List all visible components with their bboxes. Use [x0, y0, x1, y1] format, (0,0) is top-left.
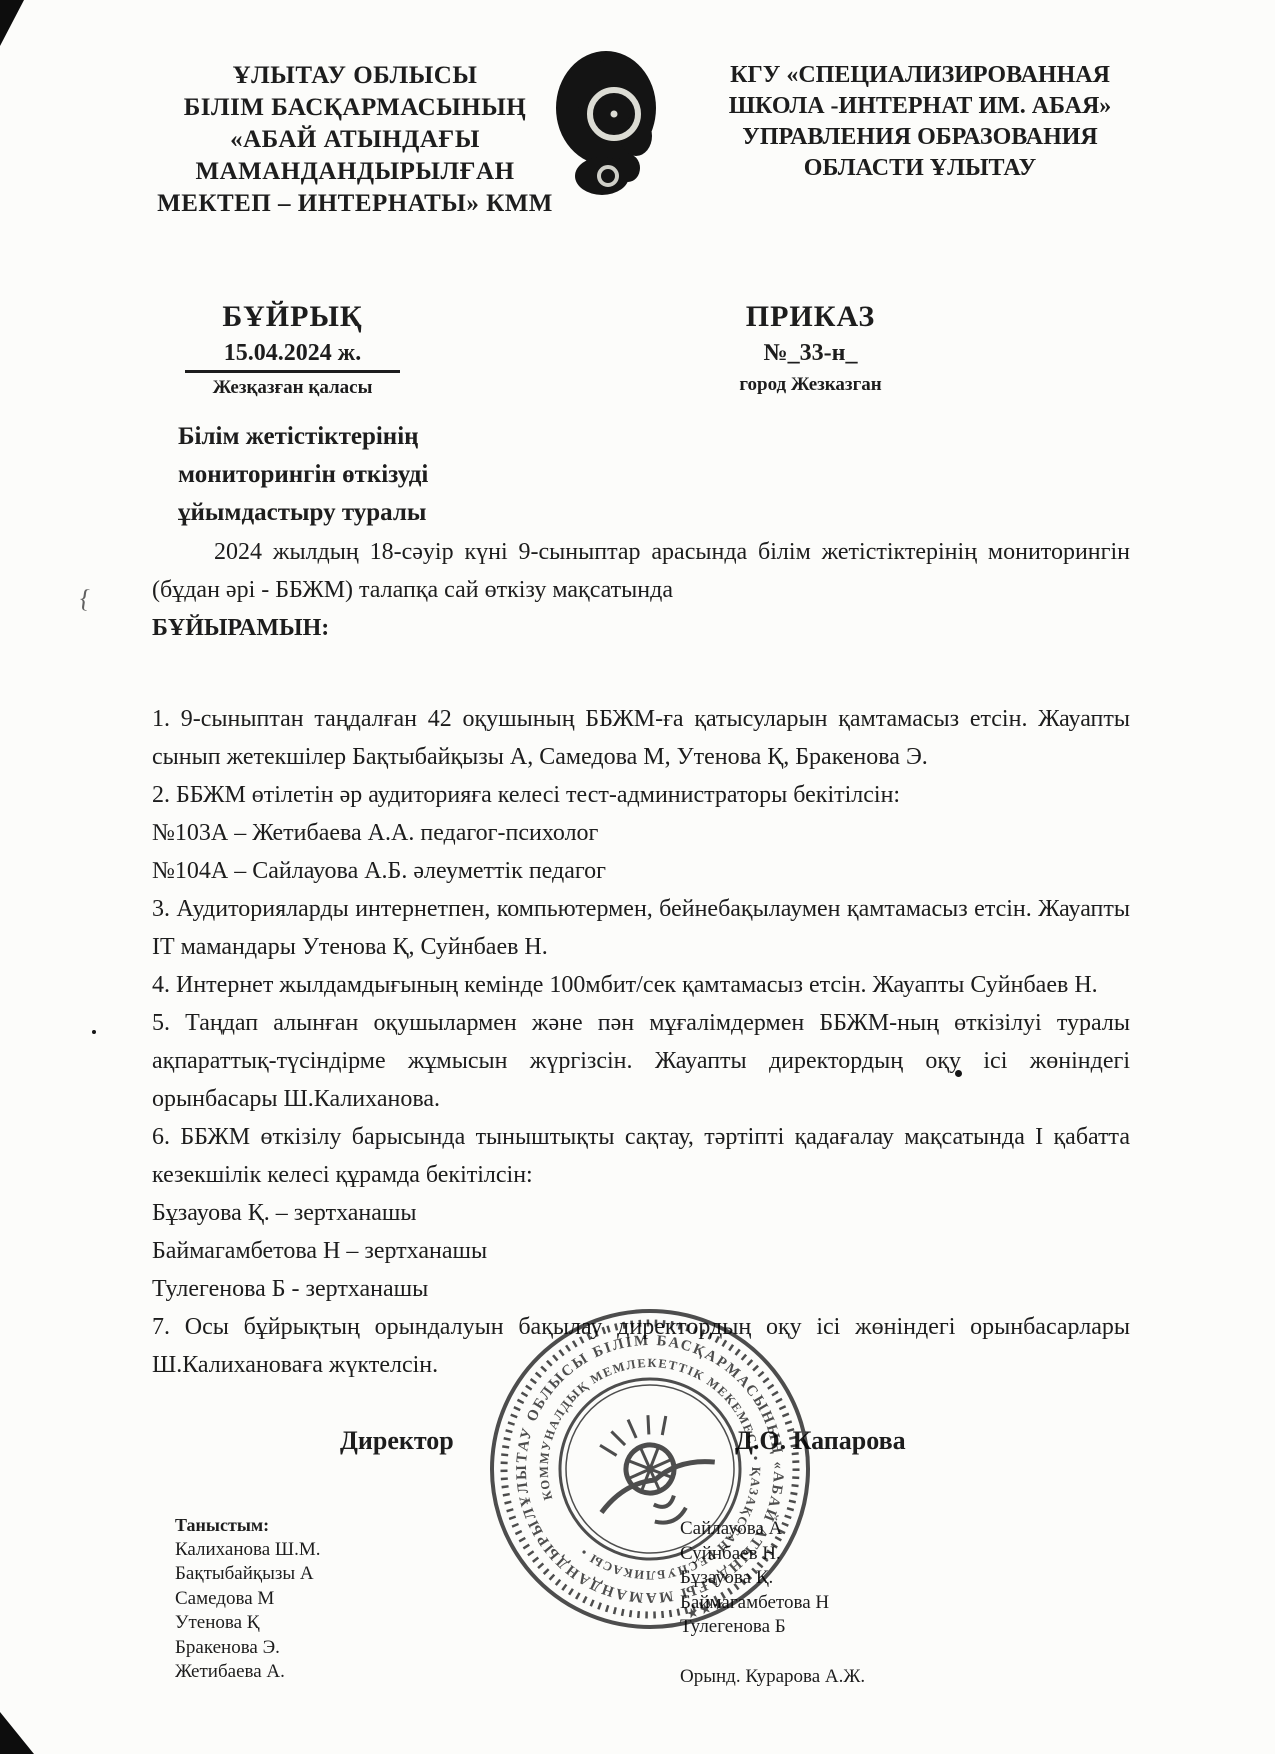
order-item-6-duty-2: Баймагамбетова Н – зертханашы [152, 1232, 1130, 1270]
subject-line: Білім жетістіктерінің [178, 418, 428, 456]
order-label-ru: ПРИКАЗ [718, 300, 903, 334]
acquainted-list-left: Таныстым: Калиханова Ш.М. Бақтыбайқызы А… [175, 1513, 321, 1685]
acquainted-label: Таныстым: [175, 1513, 321, 1538]
order-subject: Білім жетістіктерінің мониторингін өткіз… [178, 418, 428, 532]
order-item-3: 3. Аудиторияларды интернетпен, компьютер… [152, 890, 1130, 966]
order-label-kk: БҰЙРЫҚ [185, 300, 400, 334]
stamp-center-emblem-icon [571, 1394, 729, 1545]
order-item-2-room-b: №104А – Сайлауова А.Б. әлеуметтік педаго… [152, 852, 1130, 890]
signer-title: Директор [340, 1426, 454, 1456]
acquainted-name: Утенова Қ [175, 1611, 321, 1636]
order-heading-russian: ПРИКАЗ №_33-н_ город Жезказган [718, 300, 903, 396]
preamble-text: 2024 жылдың 18-сәуір күні 9-сыныптар ара… [152, 533, 1130, 609]
order-item-2-room-a: №103А – Жетибаева А.А. педагог-психолог [152, 814, 1130, 852]
order-item-2: 2. ББЖМ өтілетін әр аудиторияға келесі т… [152, 776, 1130, 814]
org-line: КГУ «СПЕЦИАЛИЗИРОВАННАЯ [710, 60, 1130, 91]
scan-artifact-mark: { [76, 583, 93, 614]
scan-artifact-corner [0, 0, 24, 46]
subject-line: ұйымдастыру туралы [178, 494, 428, 532]
org-name-russian: КГУ «СПЕЦИАЛИЗИРОВАННАЯ ШКОЛА -ИНТЕРНАТ … [710, 60, 1130, 220]
order-preamble: 2024 жылдың 18-сәуір күні 9-сыныптар ара… [152, 533, 1130, 647]
order-item-1: 1. 9-сыныптан таңдалған 42 оқушының ББЖМ… [152, 700, 1130, 776]
acquainted-name: Бракенова Э. [175, 1636, 321, 1661]
official-round-stamp: ҰЛЫТАУ ОБЛЫСЫ БІЛІМ БАСҚАРМАСЫНЫҢ «АБАЙ … [452, 1271, 848, 1667]
scan-artifact-dot [955, 1070, 962, 1077]
org-line: «АБАЙ АТЫНДАҒЫ [150, 124, 560, 156]
order-item-5: 5. Таңдап алынған оқушылармен және пән м… [152, 1004, 1130, 1118]
school-emblem-icon [552, 46, 664, 198]
org-line: МЕКТЕП – ИНТЕРНАТЫ» КММ [150, 188, 560, 220]
acquainted-name: Жетибаева А. [175, 1660, 321, 1685]
order-city-ru: город Жезказган [718, 374, 903, 396]
order-items: 1. 9-сыныптан таңдалған 42 оқушының ББЖМ… [152, 700, 1130, 1384]
order-item-6-duty-1: Бұзауова Қ. – зертханашы [152, 1194, 1130, 1232]
subject-line: мониторингін өткізуді [178, 456, 428, 494]
scanned-order-document: ҰЛЫТАУ ОБЛЫСЫ БІЛІМ БАСҚАРМАСЫНЫҢ «АБАЙ … [0, 0, 1275, 1754]
order-number: №_33-н_ [718, 340, 903, 370]
order-item-6: 6. ББЖМ өткізілу барысында тыныштықты са… [152, 1118, 1130, 1194]
org-name-kazakh: ҰЛЫТАУ ОБЛЫСЫ БІЛІМ БАСҚАРМАСЫНЫҢ «АБАЙ … [150, 60, 560, 220]
org-line: БІЛІМ БАСҚАРМАСЫНЫҢ [150, 92, 560, 124]
org-line: ҰЛЫТАУ ОБЛЫСЫ [150, 60, 560, 92]
acquainted-name: Самедова М [175, 1587, 321, 1612]
acquainted-name: Бақтыбайқызы А [175, 1562, 321, 1587]
executor-line: Орынд. Курарова А.Ж. [680, 1665, 865, 1690]
org-line: ШКОЛА -ИНТЕРНАТ ИМ. АБАЯ» [710, 91, 1130, 122]
order-city-kk: Жезқазған қаласы [185, 377, 400, 399]
order-heading-kazakh: БҰЙРЫҚ 15.04.2024 ж. Жезқазған қаласы [185, 300, 400, 399]
order-item-4: 4. Интернет жылдамдығының кемінде 100мби… [152, 966, 1130, 1004]
acquainted-name: Калиханова Ш.М. [175, 1538, 321, 1563]
org-line: ОБЛАСТИ ҰЛЫТАУ [710, 153, 1130, 184]
scan-artifact-corner [0, 1712, 34, 1754]
scan-artifact-dot [92, 1030, 96, 1034]
org-line: УПРАВЛЕНИЯ ОБРАЗОВАНИЯ [710, 122, 1130, 153]
order-date: 15.04.2024 ж. [185, 340, 400, 373]
resolve-word: БҰЙЫРАМЫН: [152, 609, 1130, 647]
org-line: МАМАНДАНДЫРЫЛҒАН [150, 156, 560, 188]
